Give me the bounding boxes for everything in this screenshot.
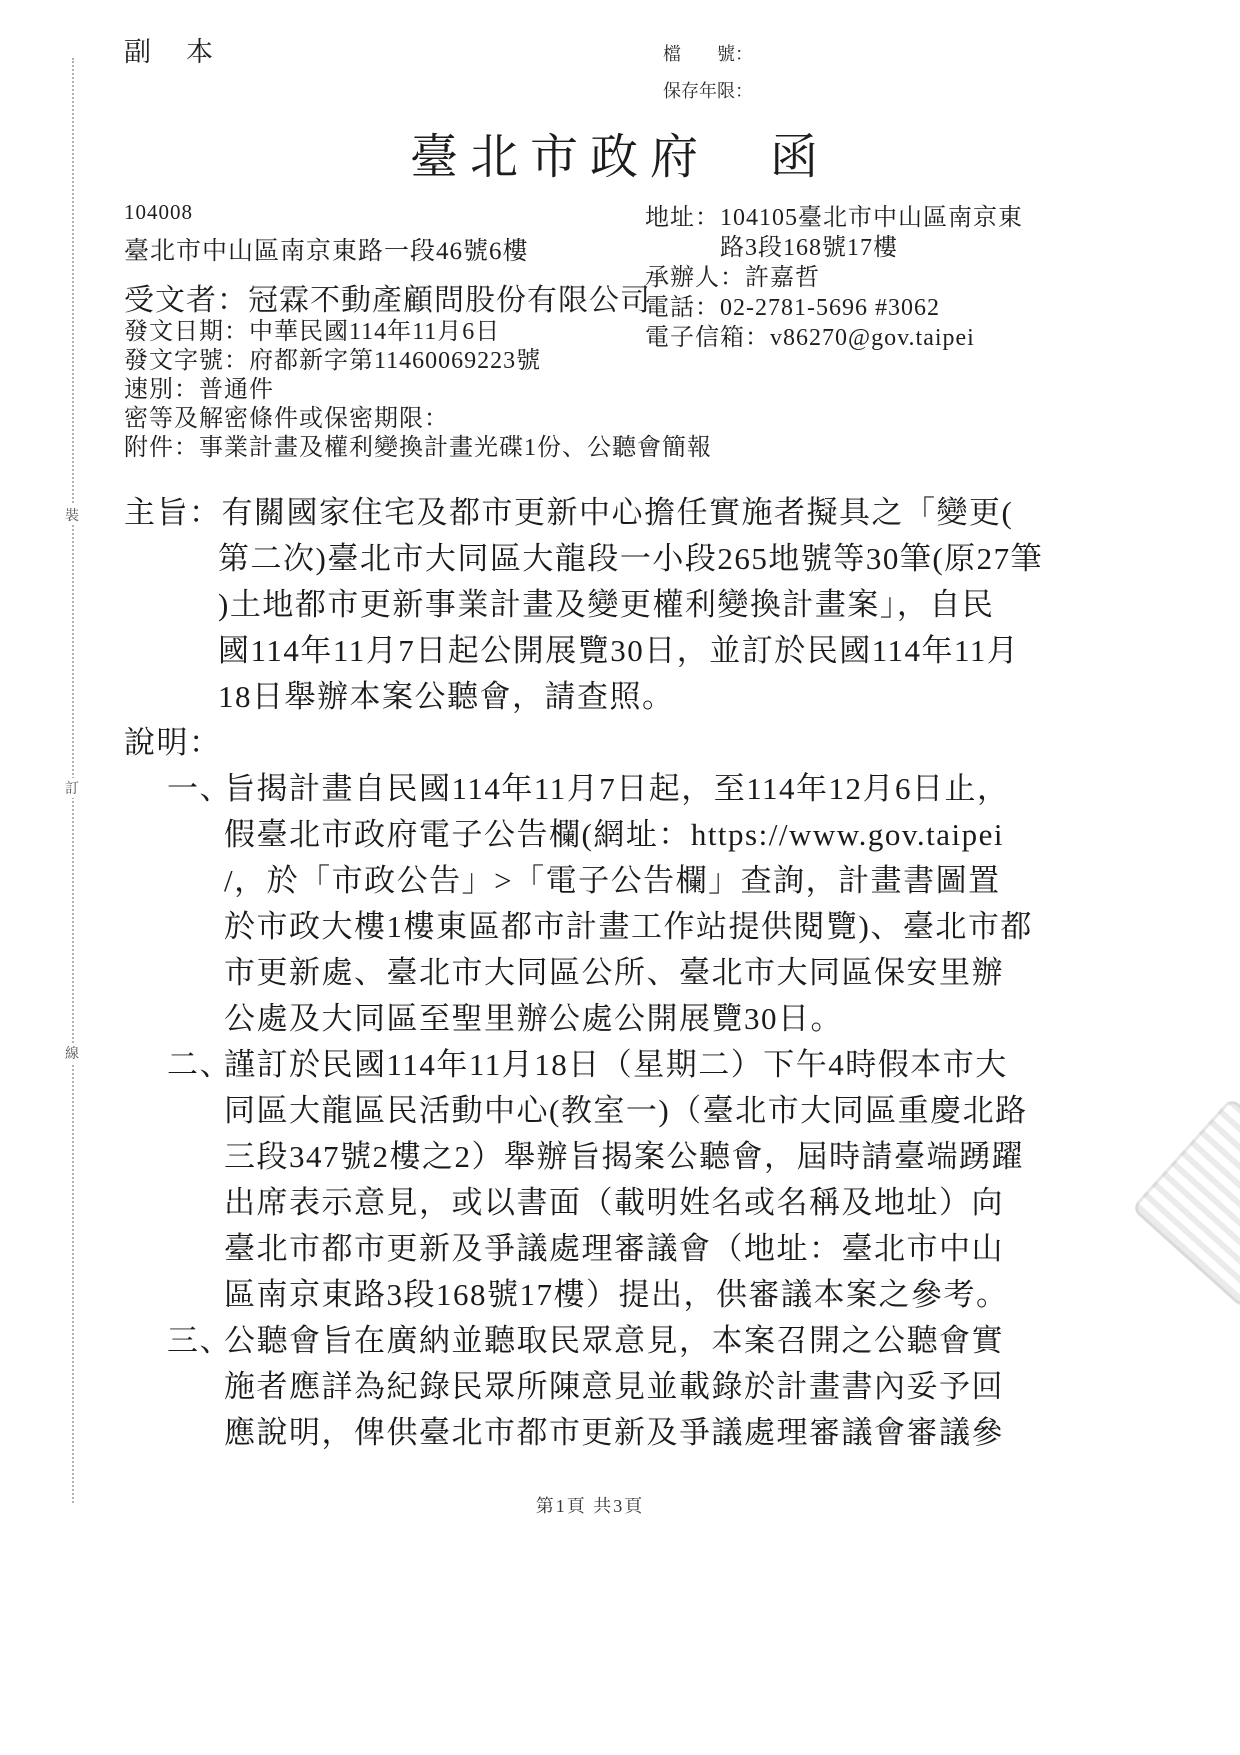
retention-label: 保存年限： — [663, 73, 753, 110]
recipient-zip: 104008 — [124, 200, 664, 225]
recipient-address: 臺北市中山區南京東路一段46號6樓 — [124, 231, 664, 267]
document-title: 臺北市政府 函 — [0, 118, 1240, 187]
security-class: 密等及解密條件或保密期限： — [124, 405, 824, 434]
sender-address-line1: 104105臺北市中山區南京東 — [720, 203, 1023, 233]
binding-mark-ding: 訂 — [57, 778, 87, 798]
binding-mark-xian: 線 — [57, 1043, 87, 1063]
explanation-item-2-line-2: 同區大龍區民活動中心(教室一)（臺北市大同區重慶北路 — [224, 1088, 1104, 1134]
item-3-number: 三、 — [167, 1318, 232, 1364]
subject-text-4: 國114年11月7日起公開展覽30日，並訂於民國114年11月 — [218, 628, 1104, 674]
binding-mark-zhuang: 裝 — [57, 505, 87, 525]
file-number-label: 檔 號： — [663, 36, 753, 73]
recipient-block: 104008 臺北市中山區南京東路一段46號6樓 受文者：冠霖不動產顧問股份有限… — [124, 200, 664, 319]
explanation-item-1-line-6: 公處及大同區至聖里辦公處公開展覽30日。 — [224, 996, 1104, 1042]
faint-stamp — [1131, 1097, 1240, 1309]
doc-number: 發文字號：府都新字第11460069223號 — [124, 347, 824, 376]
explanation-item-3-line-1: 三、 公聽會旨在廣納並聽取民眾意見，本案召開之公聽會實 — [224, 1318, 1104, 1364]
explanation-item-1-line-3: /，於「市政公告」>「電子公告欄」查詢，計畫書圖置 — [224, 858, 1104, 904]
recipient-name: 受文者：冠霖不動產顧問股份有限公司 — [124, 275, 664, 319]
explanation-item-2-line-4: 出席表示意見，或以書面（載明姓名或名稱及地址）向 — [224, 1180, 1104, 1226]
explanation-item-1-line-4: 於市政大樓1樓東區都市計畫工作站提供閱覽)、臺北市都 — [224, 904, 1104, 950]
sender-address-label: 地址： — [645, 203, 720, 263]
file-number-block: 檔 號： 保存年限： — [663, 36, 753, 110]
subject-text-2: 第二次)臺北市大同區大龍段一小段265地號等30筆(原27筆 — [218, 536, 1104, 582]
explanation-item-2-line-5: 臺北市都市更新及爭議處理審議會（地址：臺北市中山 — [224, 1226, 1104, 1272]
attachment-note: 附件：事業計畫及權利變換計畫光碟1份、公聽會簡報 — [124, 434, 824, 463]
explanation-item-2-line-6: 區南京東路3段168號17樓）提出，供審議本案之參考。 — [224, 1272, 1104, 1318]
document-page: 裝 訂 線 副 本 檔 號： 保存年限： 臺北市政府 函 104008 臺北市中… — [0, 0, 1240, 1755]
subject-label: 主旨： — [124, 490, 222, 536]
sender-address-line2: 路3段168號17樓 — [720, 233, 1023, 263]
document-meta-block: 發文日期：中華民國114年11月6日 發文字號：府都新字第11460069223… — [124, 318, 824, 463]
letter-body: 主旨： 有關國家住宅及都市更新中心擔任實施者擬具之「變更( 第二次)臺北市大同區… — [124, 490, 1104, 1456]
explanation-item-1-line-2: 假臺北市政府電子公告欄(網址：https://www.gov.taipei — [224, 812, 1104, 858]
item-1-number: 一、 — [167, 766, 232, 812]
subject-text-1: 有關國家住宅及都市更新中心擔任實施者擬具之「變更( — [222, 490, 1014, 536]
explanation-item-3-line-3: 應說明，俾供臺北市都市更新及爭議處理審議會審議參 — [224, 1410, 1104, 1456]
subject-text-3: )土地都市更新事業計畫及變更權利變換計畫案」，自民 — [218, 582, 1104, 628]
sender-address: 地址： 104105臺北市中山區南京東 路3段168號17樓 — [645, 203, 1235, 263]
explanation-item-2-line-1: 二、 謹訂於民國114年11月18日（星期二）下午4時假本市大 — [224, 1042, 1104, 1088]
item-2-number: 二、 — [167, 1042, 232, 1088]
issue-date: 發文日期：中華民國114年11月6日 — [124, 318, 824, 347]
explanation-item-3-line-2: 施者應詳為紀錄民眾所陳意見並載錄於計畫書內妥予回 — [224, 1364, 1104, 1410]
explanation-item-2-line-3: 三段347號2樓之2）舉辦旨揭案公聽會，屆時請臺端踴躍 — [224, 1134, 1104, 1180]
subject-text-5: 18日舉辦本案公聽會，請查照。 — [218, 674, 1104, 720]
copy-label: 副 本 — [124, 30, 217, 69]
explanation-item-1-line-1: 一、 旨揭計畫自民國114年11月7日起，至114年12月6日止， — [224, 766, 1104, 812]
explanation-item-1-line-5: 市更新處、臺北市大同區公所、臺北市大同區保安里辦 — [224, 950, 1104, 996]
speed-class: 速別：普通件 — [124, 376, 824, 405]
subject-line: 主旨： 有關國家住宅及都市更新中心擔任實施者擬具之「變更( — [124, 490, 1104, 536]
page-number: 第1頁 共3頁 — [0, 1492, 1180, 1518]
contact-person: 承辦人：許嘉哲 — [645, 263, 1235, 293]
explanation-label: 說明： — [124, 720, 1104, 766]
